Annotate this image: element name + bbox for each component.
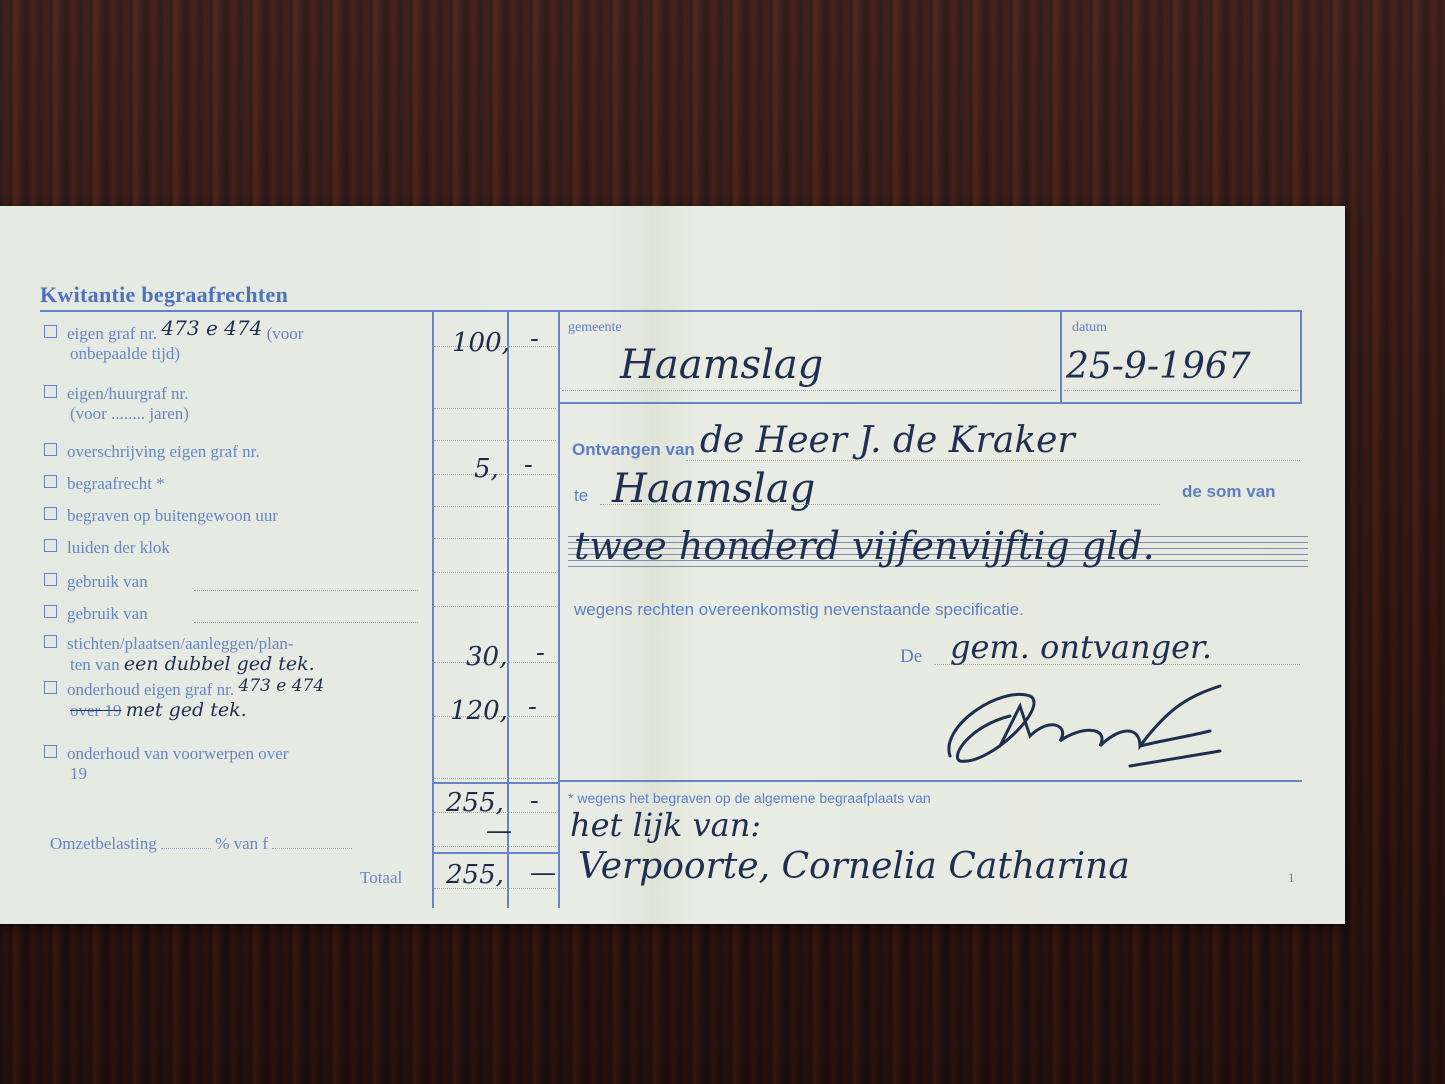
subtotal-amount: 255, xyxy=(446,788,504,818)
amount-dotline xyxy=(434,572,556,573)
right-edge-rule xyxy=(1300,310,1302,402)
amount-dotline xyxy=(434,538,556,539)
signer-prefix: De xyxy=(900,646,922,668)
row-overschrijving: overschrijving eigen graf nr. xyxy=(44,442,260,462)
signer-title: gem. ontvanger. xyxy=(950,628,1212,666)
row-eigen-graf: eigen graf nr. 473 e 474 (voor onbepaald… xyxy=(44,322,303,364)
signature-bottom-rule xyxy=(558,780,1302,782)
amount-stichten: 30, xyxy=(466,642,507,672)
sum-in-words: twee honderd vijfenvijftig gld. xyxy=(574,524,1155,568)
total-cents: — xyxy=(530,858,556,888)
cents-onderhoud: - xyxy=(528,692,537,722)
sum-label: de som van xyxy=(1182,482,1276,502)
row-begraafrecht: begraafrecht * xyxy=(44,474,165,494)
te-line xyxy=(600,504,1160,505)
total-amount: 255, xyxy=(446,860,504,890)
checkbox[interactable] xyxy=(44,635,57,648)
received-from-label: Ontvangen van xyxy=(572,440,695,460)
amount-dotline xyxy=(434,606,556,607)
row-stichten-plaatsen: stichten/plaatsen/aanleggen/plan- ten va… xyxy=(44,634,315,675)
row-eigen-huurgraf: eigen/huurgraf nr. (voor ........ jaren) xyxy=(44,384,189,424)
amount-dotline xyxy=(434,440,556,441)
fill-line xyxy=(194,590,418,591)
cents-begraafrecht: - xyxy=(524,450,533,480)
row-onderhoud-eigen-graf: onderhoud eigen graf nr. 473 e 474 over … xyxy=(44,680,324,721)
gemeente-line xyxy=(562,390,1056,391)
row-onderhoud-voorwerpen: onderhoud van voorwerpen over 19 xyxy=(44,744,288,784)
header-bottom-rule xyxy=(558,402,1302,404)
checkbox[interactable] xyxy=(44,539,57,552)
handwritten-description: een dubbel ged tek. xyxy=(124,653,315,675)
amount-eigen-graf: 100, xyxy=(452,328,510,358)
total-top-rule xyxy=(432,852,560,854)
subtotal-top-rule xyxy=(432,782,560,784)
checkbox[interactable] xyxy=(44,605,57,618)
amount-begraafrecht: 5, xyxy=(474,454,499,484)
te-label: te xyxy=(574,486,588,506)
tax-row: Omzetbelasting % van f xyxy=(50,834,352,854)
datum-divider xyxy=(1060,310,1062,402)
footnote-handwritten-line1: het lijk van: xyxy=(570,806,761,844)
fill-line xyxy=(194,622,418,623)
handwritten-description: met ged tek. xyxy=(126,699,247,721)
handwritten-grave-numbers: 473 e 474 xyxy=(161,316,262,340)
checkbox[interactable] xyxy=(44,573,57,586)
reason-text: wegens rechten overeenkomstig nevenstaan… xyxy=(574,600,1024,620)
footnote-text: * wegens het begraven op de algemene beg… xyxy=(568,790,931,806)
document-title: Kwitantie begraafrechten xyxy=(40,282,288,308)
page-number: 1 xyxy=(1288,870,1295,886)
checkbox[interactable] xyxy=(44,443,57,456)
checkbox[interactable] xyxy=(44,385,57,398)
datum-value: 25-9-1967 xyxy=(1066,346,1251,387)
te-value: Haamslag xyxy=(612,466,815,512)
total-label: Totaal xyxy=(360,868,402,888)
signature-icon xyxy=(930,666,1260,776)
row-gebruik-van-1: gebruik van xyxy=(44,572,148,592)
row-gebruik-van-2: gebruik van xyxy=(44,604,148,624)
amount-onderhoud: 120, xyxy=(450,696,508,726)
checkbox[interactable] xyxy=(44,475,57,488)
row-luiden-klok: luiden der klok xyxy=(44,538,170,558)
top-rule xyxy=(40,310,1302,312)
amount-dotline xyxy=(434,846,556,847)
receipt-paper: Kwitantie begraafrechten eigen graf nr. … xyxy=(0,206,1345,924)
amount-dotline xyxy=(434,408,556,409)
received-from-line xyxy=(686,460,1300,461)
checkbox[interactable] xyxy=(44,325,57,338)
checkbox[interactable] xyxy=(44,745,57,758)
cents-column-right-rule xyxy=(558,310,560,908)
footnote-handwritten-name: Verpoorte, Cornelia Catharina xyxy=(578,846,1130,887)
handwritten-grave-numbers: 473 e 474 xyxy=(238,676,324,696)
checkbox[interactable] xyxy=(44,507,57,520)
cents-stichten: - xyxy=(536,638,545,668)
cents-eigen-graf: - xyxy=(530,324,539,354)
gemeente-label: gemeente xyxy=(568,320,622,336)
received-from-value: de Heer J. de Kraker xyxy=(700,420,1075,461)
datum-label: datum xyxy=(1072,320,1107,336)
amount-dotline xyxy=(434,506,556,507)
datum-line xyxy=(1064,390,1298,391)
gemeente-value: Haamslag xyxy=(620,342,823,388)
row-buitengewoon-uur: begraven op buitengewoon uur xyxy=(44,506,278,526)
amount-dotline xyxy=(434,778,556,779)
amount-column-left-rule xyxy=(432,310,434,908)
tax-amount: — xyxy=(486,816,512,846)
subtotal-cents: - xyxy=(530,786,539,816)
checkbox[interactable] xyxy=(44,681,57,694)
